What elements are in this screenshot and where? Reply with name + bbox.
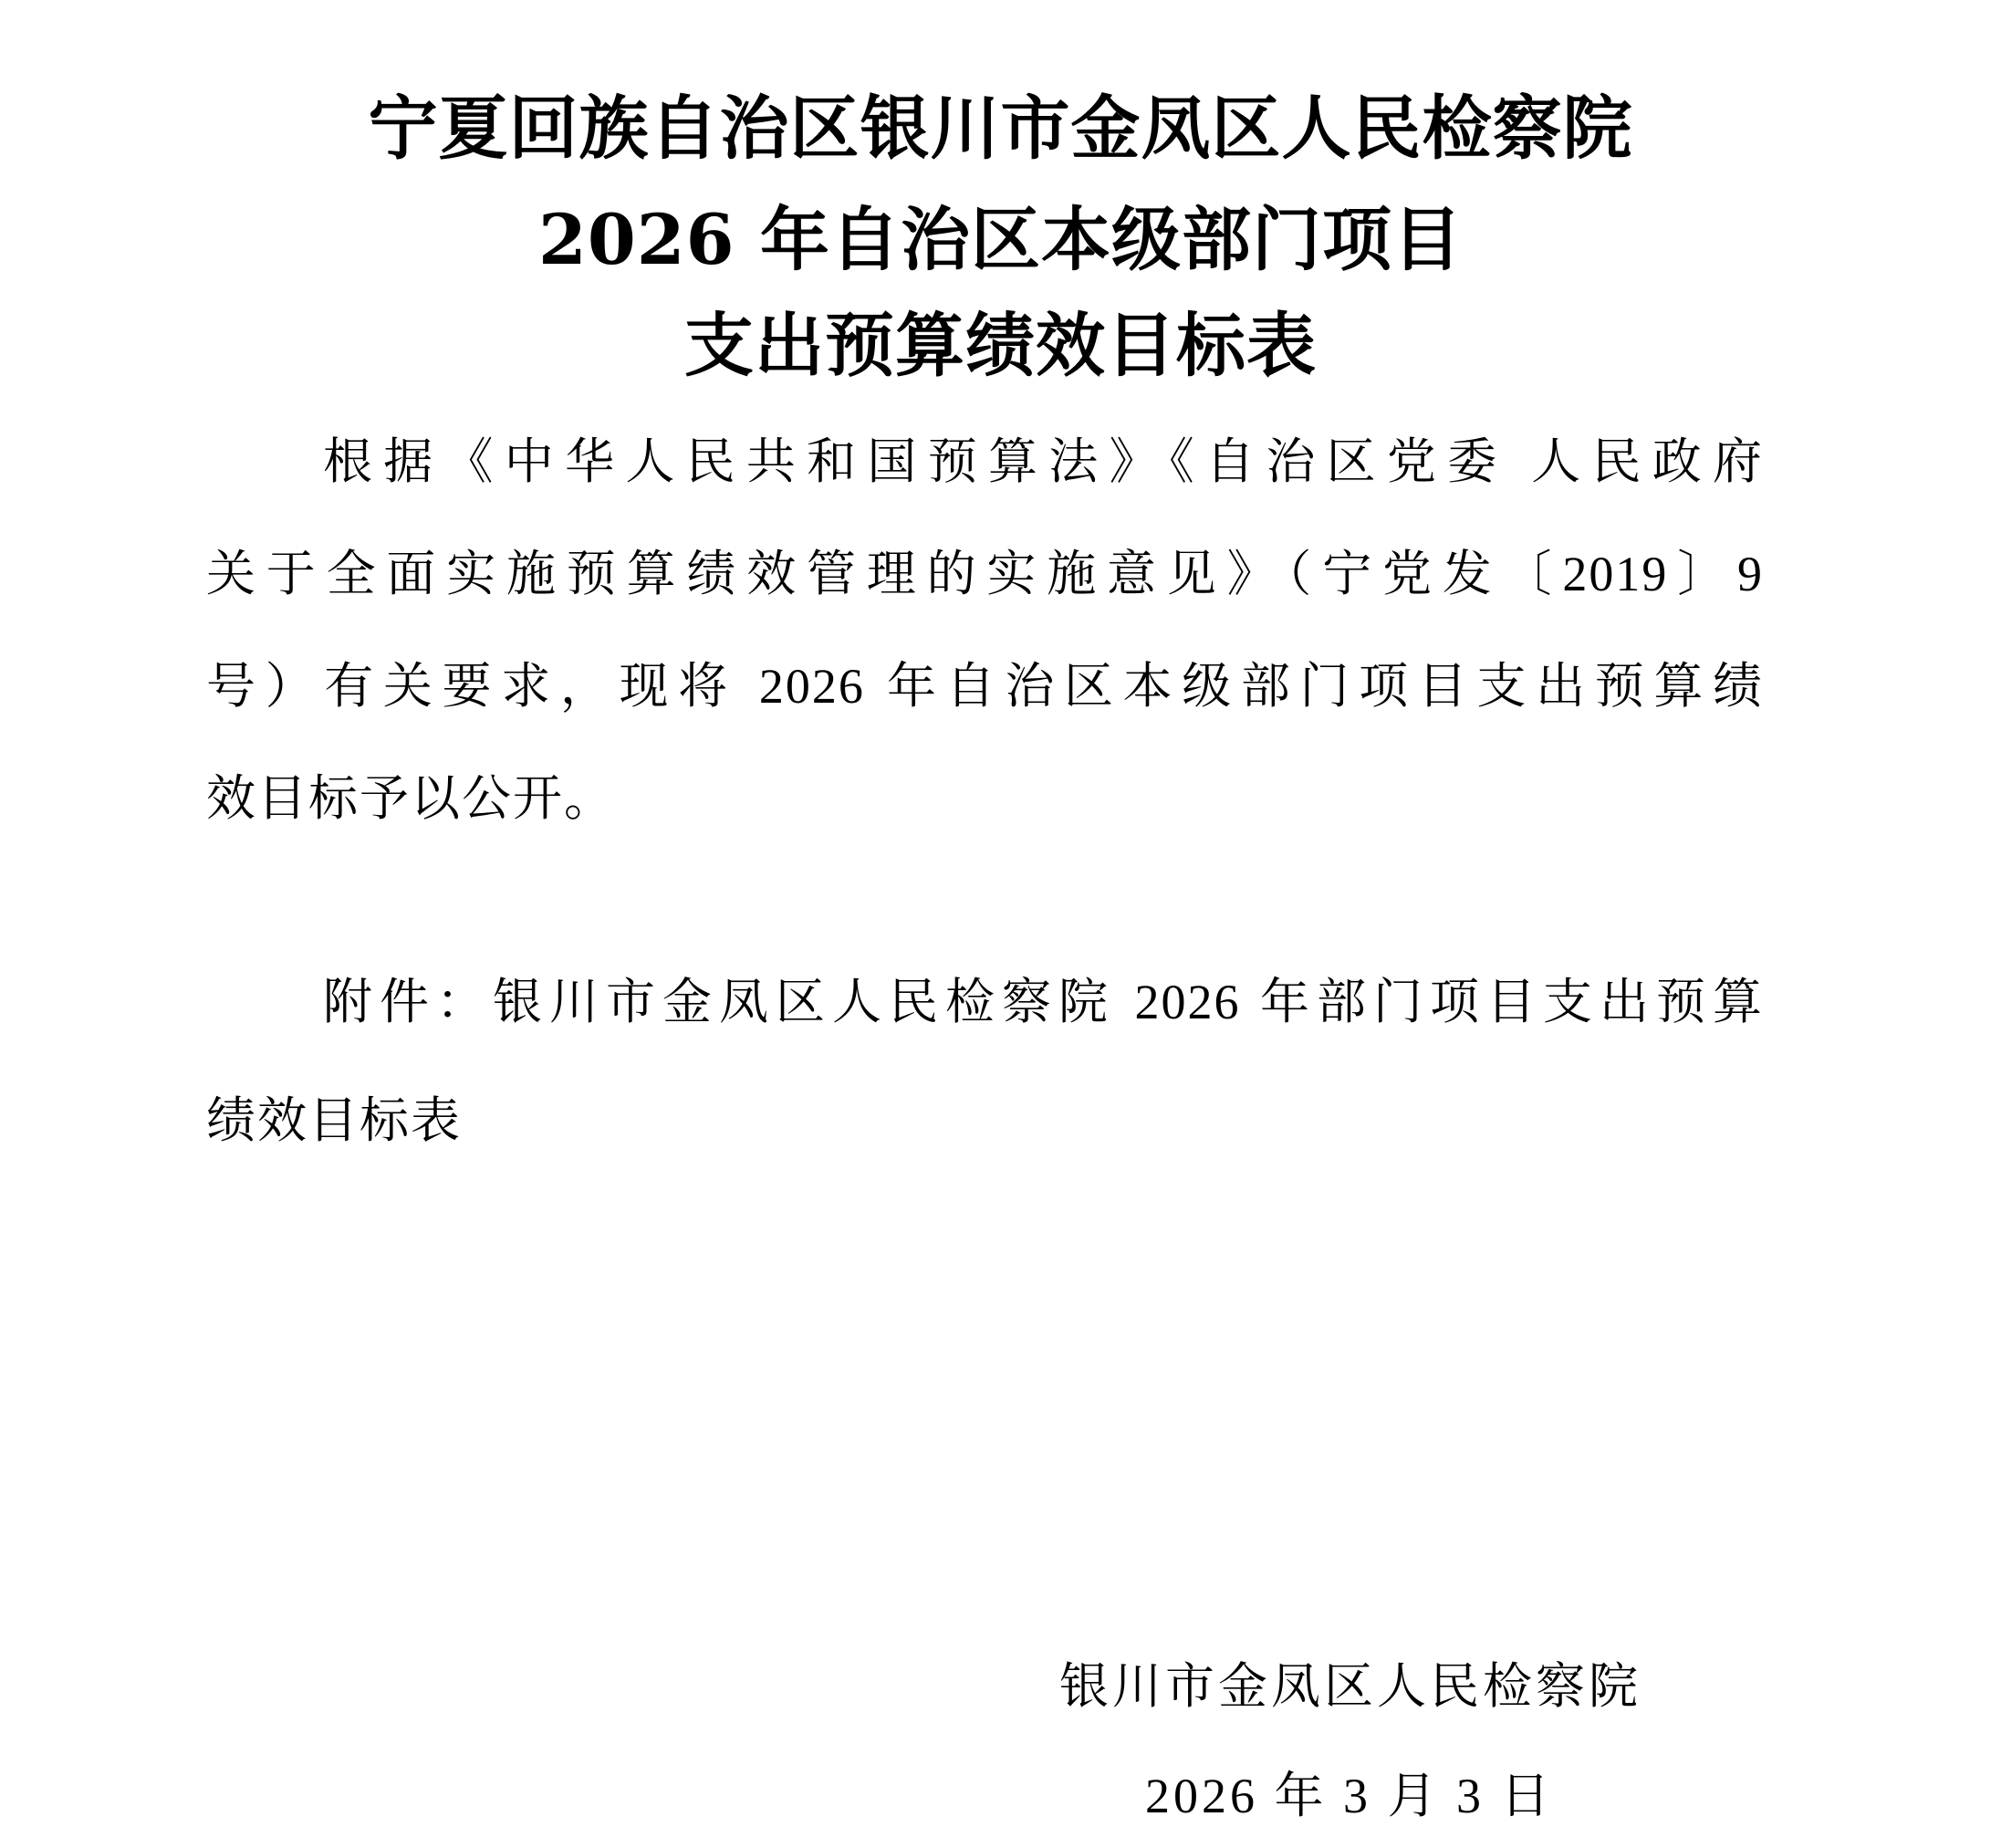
title-line-3: 支出预算绩效目标表 <box>0 300 2001 392</box>
body-line-4: 效目标予以公开。 <box>206 767 1764 830</box>
attachment-line-1: 附件：银川市金凤区人民检察院 2026 年部门项目支出预算 <box>323 970 1764 1034</box>
title-line-1: 宁夏回族自治区银川市金凤区人民检察院 <box>0 83 2001 174</box>
title-line-2: 2026 年自治区本级部门项目 <box>0 194 2001 286</box>
body-line-3: 号）有关要求，现将 2026 年自治区本级部门项目支出预算绩 <box>206 654 1764 718</box>
signature-date: 2026 年 3 月 3 日 <box>1145 1764 1554 1828</box>
signature-organization: 银川市金凤区人民检察院 <box>1059 1655 1641 1718</box>
body-line-2: 关于全面实施预算绩效管理的实施意见》（宁党发〔2019〕9 <box>206 542 1764 606</box>
body-line-1: 根据《中华人民共和国预算法》《自治区党委 人民政府 <box>323 430 1764 494</box>
attachment-line-2: 绩效目标表 <box>206 1089 1764 1153</box>
